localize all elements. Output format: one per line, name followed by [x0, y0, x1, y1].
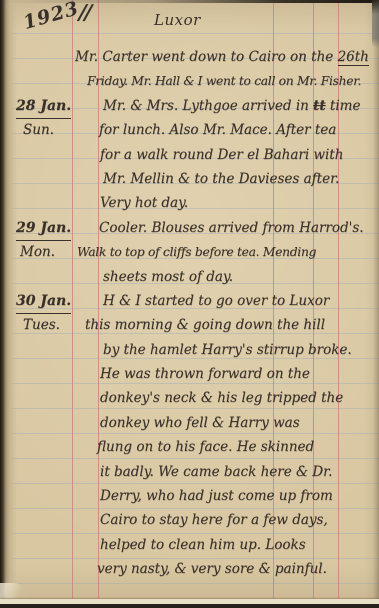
line-segment: time — [326, 98, 361, 114]
entry-date-label: 30 Jan. — [16, 289, 71, 314]
line-text: Mr. Carter went down to Cairo on the 26t… — [75, 45, 369, 69]
line-text: donkey who fell & Harry was — [100, 411, 300, 435]
diary-line: Mr. Carter went down to Cairo on the 26t… — [0, 45, 379, 69]
line-text: helped to clean him up. Looks — [100, 533, 306, 557]
line-text: for lunch. Also Mr. Mace. After tea — [99, 118, 336, 142]
line-segment: Mr. & Mrs. Lythgoe arrived in — [103, 98, 313, 114]
diary-line: helped to clean him up. Looks — [0, 533, 379, 557]
year-annotation: 1923// — [20, 0, 92, 34]
line-text: Walk to top of cliffs before tea. Mendin… — [77, 240, 316, 264]
line-text: Derry, who had just come up from — [100, 484, 333, 508]
line-text: sheets most of day. — [103, 265, 233, 289]
diary-line: Tues. this morning & going down the hill — [0, 313, 379, 337]
entry-date-label: 28 Jan. — [16, 94, 71, 119]
underlined-word: 26th — [338, 49, 369, 66]
diary-line: sheets most of day. — [0, 265, 379, 289]
line-text: flung on to his face. He skinned — [97, 435, 314, 459]
diary-line: very nasty, & very sore & painful. — [0, 557, 379, 581]
line-text: Mr. Mellin & to the Davieses after. — [103, 167, 339, 191]
diary-line: Mr. Mellin & to the Davieses after. — [0, 167, 379, 191]
line-text: it badly. We came back here & Dr. — [100, 460, 332, 484]
year-flourish: // — [78, 0, 90, 24]
entry-day-label: Tues. — [23, 313, 60, 337]
line-text: He was thrown forward on the — [100, 362, 310, 386]
year-text: 1923 — [21, 0, 82, 34]
entry-date-label: 29 Jan. — [16, 216, 71, 241]
line-text: Cooler. Blouses arrived from Harrod's. — [99, 216, 364, 240]
diary-line: 29 Jan. Cooler. Blouses arrived from Har… — [0, 216, 379, 240]
diary-line: Derry, who had just come up from — [0, 484, 379, 508]
entry-day-label: Sun. — [23, 118, 54, 142]
page-bottom-edge-dark — [0, 604, 379, 608]
diary-line: donkey who fell & Harry was — [0, 411, 379, 435]
diary-line: Very hot day. — [0, 191, 379, 215]
line-text: this morning & going down the hill — [85, 313, 325, 337]
line-text: donkey's neck & his leg tripped the — [100, 386, 343, 410]
line-text: very nasty, & very sore & painful. — [97, 557, 327, 581]
diary-line: 28 Jan. Mr. & Mrs. Lythgoe arrived in tt… — [0, 94, 379, 118]
struck-word: tt — [313, 98, 325, 114]
line-text: Very hot day. — [100, 191, 188, 215]
diary-line: Mon. Walk to top of cliffs before tea. M… — [0, 240, 379, 264]
diary-line: for a walk round Der el Bahari with — [0, 143, 379, 167]
page-title: Luxor — [154, 11, 201, 29]
diary-line: donkey's neck & his leg tripped the — [0, 386, 379, 410]
diary-line: by the hamlet Harry's stirrup broke. — [0, 338, 379, 362]
diary-line: He was thrown forward on the — [0, 362, 379, 386]
diary-line: Cairo to stay here for a few days, — [0, 508, 379, 532]
line-text: for a walk round Der el Bahari with — [100, 143, 343, 167]
line-text: Mr. & Mrs. Lythgoe arrived in tt time — [103, 94, 360, 118]
diary-line: it badly. We came back here & Dr. — [0, 460, 379, 484]
entry-day-label: Mon. — [20, 240, 55, 264]
diary-line: 30 Jan. H & I started to go over to Luxo… — [0, 289, 379, 313]
line-text: Friday. Mr. Hall & I went to call on Mr.… — [87, 69, 361, 93]
notebook-page: 1923// Luxor Mr. Carter went down to Cai… — [0, 0, 379, 608]
diary-body: Mr. Carter went down to Cairo on the 26t… — [0, 45, 379, 582]
diary-line: Friday. Mr. Hall & I went to call on Mr.… — [0, 69, 379, 93]
line-text: Cairo to stay here for a few days, — [100, 508, 328, 532]
line-text: by the hamlet Harry's stirrup broke. — [103, 338, 352, 362]
line-segment: Mr. Carter went down to Cairo on the — [75, 49, 338, 65]
line-text: H & I started to go over to Luxor — [103, 289, 329, 313]
diary-line: Sun. for lunch. Also Mr. Mace. After tea — [0, 118, 379, 142]
diary-line: flung on to his face. He skinned — [0, 435, 379, 459]
